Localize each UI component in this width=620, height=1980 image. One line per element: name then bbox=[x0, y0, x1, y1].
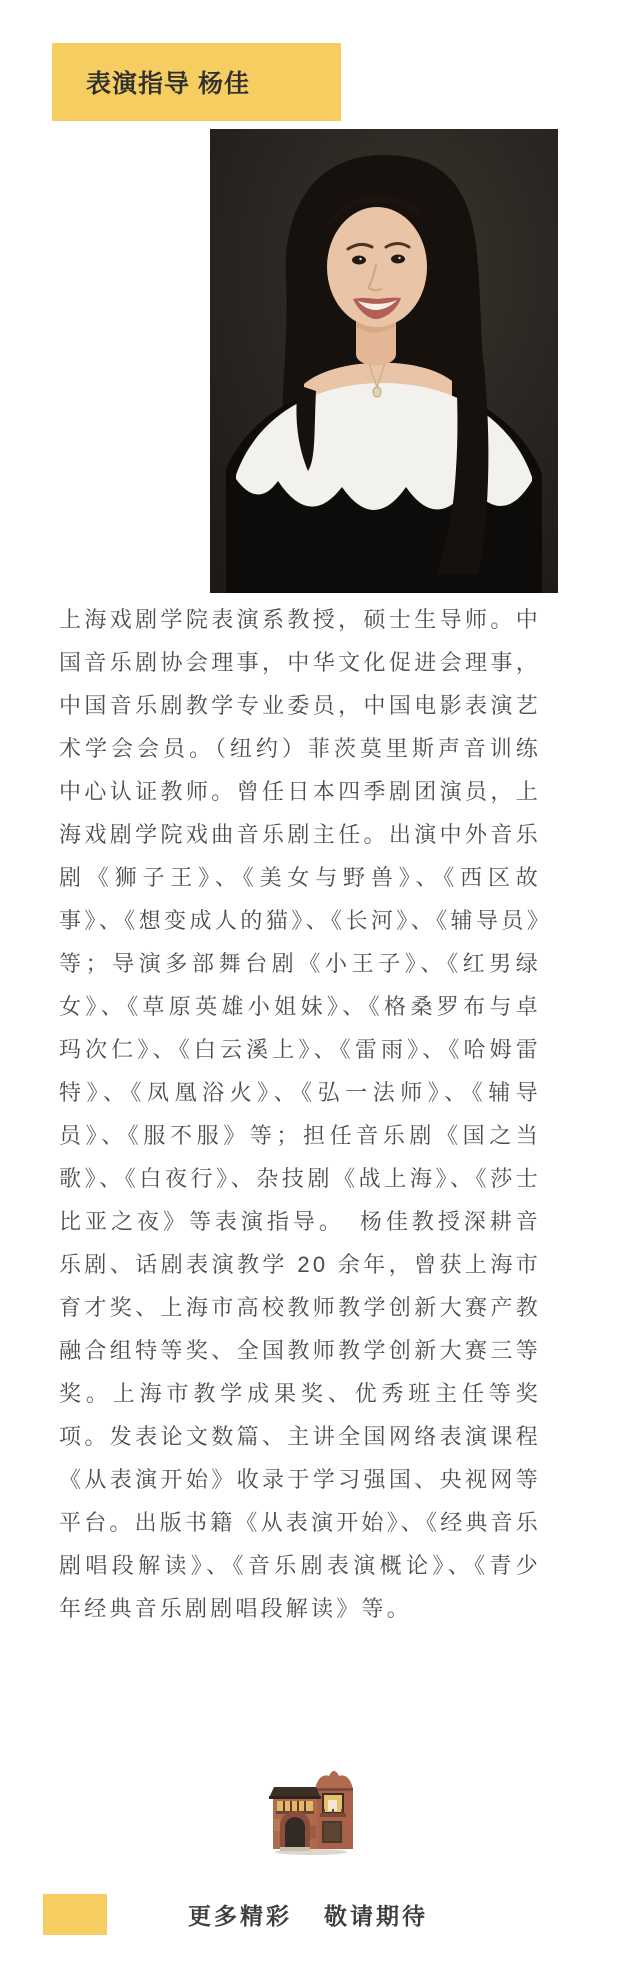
footer-stay-tuned-label: 敬请期待 bbox=[324, 1898, 428, 1931]
footer-more-label: 更多精彩 bbox=[188, 1898, 292, 1931]
title-badge: 表演指导 杨佳 bbox=[52, 43, 341, 121]
portrait-photo bbox=[210, 129, 558, 593]
woman-portrait-photo bbox=[210, 129, 558, 593]
footer: 更多精彩 敬请期待 bbox=[188, 1894, 428, 1935]
page-title: 表演指导 杨佳 bbox=[52, 64, 250, 100]
footer-accent-block bbox=[43, 1894, 107, 1935]
shikumen-house-icon bbox=[265, 1763, 358, 1856]
profile-poster-page: 表演指导 杨佳 bbox=[0, 0, 620, 1980]
bio-text: 上海戏剧学院表演系教授，硕士生导师。中国音乐剧协会理事，中华文化促进会理事，中国… bbox=[59, 598, 541, 1630]
